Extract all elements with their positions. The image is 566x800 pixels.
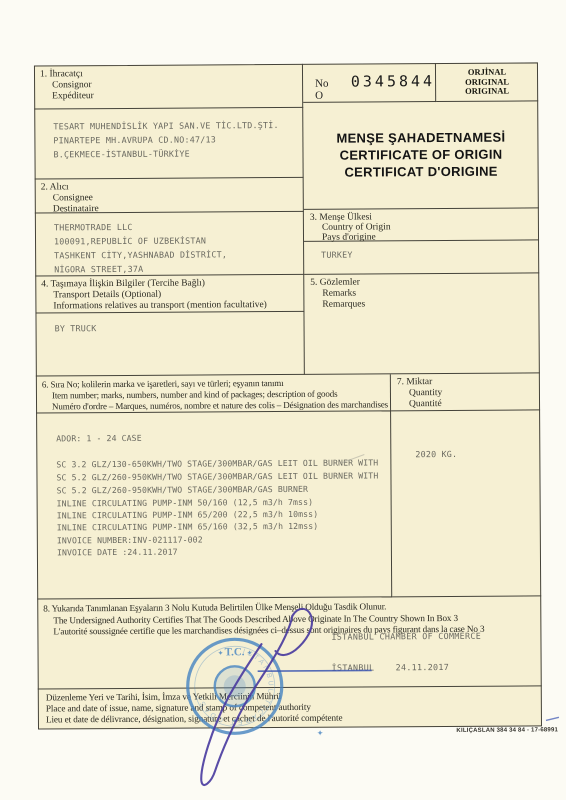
box1-label-fr: Expéditeur <box>40 90 302 103</box>
copy-type-cell: ORJİNAL ORIGINAL ORIGINAL <box>436 62 538 102</box>
certificate-number: 0345844 <box>351 72 435 91</box>
scanned-certificate-page: 1. İhracatçı Consignor Expéditeur TESART… <box>0 0 566 800</box>
box7-label-tr: 7. Miktar <box>397 376 540 388</box>
pen-dash-right <box>546 717 559 720</box>
title-tr: MENŞE ŞAHADETNAMESİ <box>303 128 538 146</box>
consignee-address-3: NİGORA STREET,37A <box>54 261 303 277</box>
box2-consignee-value: THERMOTRADE LLC 100091,REPUBLİC OF UZBEK… <box>35 212 304 277</box>
goods-line-1: SC 3.2 GLZ/130-650KWH/TWO STAGE/300MBAR/… <box>56 457 378 469</box>
stray-star-mark: ✦ <box>317 729 324 738</box>
box4-transport-value: BY TRUCK <box>35 312 304 377</box>
box2-consignee-label: 2. Alıcı Consignee Destinataire <box>35 178 304 214</box>
box8-footer: Düzenleme Yeri ve Tarihi, İsim, İmza ve … <box>38 686 542 729</box>
goods-line-6: INLINE CIRCULATING PUMP-INM 65/160 (32,5… <box>57 521 319 533</box>
document-title: MENŞE ŞAHADETNAMESİ CERTIFICATE OF ORIGI… <box>303 101 539 209</box>
box7-quantity-label: 7. Miktar Quantity Quantité <box>391 373 540 411</box>
serial-prefix: No O <box>315 78 339 102</box>
transport-mode: BY TRUCK <box>55 320 304 336</box>
country-of-origin: TURKEY <box>321 246 539 261</box>
box3-origin-value: TURKEY <box>304 240 539 274</box>
goods-line-4: INLINE CIRCULATING PUMP-INM 50/160 (12,5… <box>57 497 314 509</box>
box3-origin-label: 3. Menşe Ülkesi Country of Origin Pays d… <box>304 208 539 241</box>
box4-transport-label: 4. Taşımaya İlişkin Bilgiler (Tercihe Ba… <box>35 275 304 314</box>
box7-label-fr: Quantité <box>397 398 540 410</box>
box1-consignor-label: 1. İhracatçı Consignor Expéditeur <box>34 64 303 110</box>
box5-remarks-label: 5. Gözlemler Remarks Remarques <box>304 273 540 374</box>
serial-number-cell: No O 0345844 <box>303 63 436 103</box>
invoice-date-line: INVOICE DATE :24.11.2017 <box>57 547 178 558</box>
consignor-name: TESART MUHENDİSLİK YAPI SAN.VE TİC.LTD.Ş… <box>53 118 302 134</box>
box8-certification: 8. Yukarıda Tanımlanan Eşyaların 3 Nolu … <box>37 596 542 689</box>
footer-fr: Lieu et date de délivrance, désignation,… <box>46 711 542 725</box>
title-fr: CERTIFICAT D'ORIGINE <box>304 162 539 180</box>
goods-line-3: SC 5.2 GLZ/260-950KWH/TWO STAGE/300MBAR/… <box>57 484 309 496</box>
box6-label-fr: Numéro d'ordre – Marques, numéros, nombr… <box>42 399 390 412</box>
consignee-address-1: 100091,REPUBLİC OF UZBEKİSTAN <box>54 233 303 249</box>
goods-line-2: SC 5.2 GLZ/260-950KWH/TWO STAGE/300MBAR/… <box>56 470 378 482</box>
box1-consignor-value: TESART MUHENDİSLİK YAPI SAN.VE TİC.LTD.Ş… <box>34 108 303 180</box>
invoice-number-line: INVOICE NUMBER:INV-021117-002 <box>57 534 203 545</box>
goods-line-marks: ADOR: 1 - 24 CASE <box>56 433 142 444</box>
box6-goods-body: ADOR: 1 - 24 CASE SC 3.2 GLZ/130-650KWH/… <box>36 411 392 599</box>
goods-line-5: INLINE CIRCULATING PUMP-INM 65/200 (22,5… <box>57 509 319 521</box>
title-en: CERTIFICATE OF ORIGIN <box>303 145 538 163</box>
consignor-address-1: PINARTEPE MH.AVRUPA CD.NO:47/13 <box>53 132 302 148</box>
issuing-authority: İSTANBUL CHAMBER OF COMMERCE <box>331 631 481 642</box>
issue-date: 24.11.2017 <box>396 662 449 672</box>
box6-goods-label: 6. Sıra No; kolilerin marka ve işaretler… <box>36 374 391 413</box>
box7-quantity-body: 2020 KG. <box>391 410 541 597</box>
consignor-address-2: B.ÇEKMECE-İSTANBUL-TÜRKİYE <box>53 146 302 162</box>
issue-place: İSTANBUL <box>332 662 375 672</box>
quantity-value: 2020 KG. <box>415 446 540 461</box>
copy-type-fr: ORIGINAL <box>436 86 538 96</box>
box7-label-en: Quantity <box>397 387 540 399</box>
box5-label-fr: Remarques <box>310 298 539 310</box>
box4-label-fr: Informations relatives au transport (men… <box>41 300 303 313</box>
consignee-address-2: TASHKENT CİTY,YASHNABAD DİSTRİCT, <box>54 247 303 263</box>
consignee-name: THERMOTRADE LLC <box>54 219 303 235</box>
printer-imprint: KILIÇASLAN 384 34 84 - 17-68991 <box>432 727 558 734</box>
